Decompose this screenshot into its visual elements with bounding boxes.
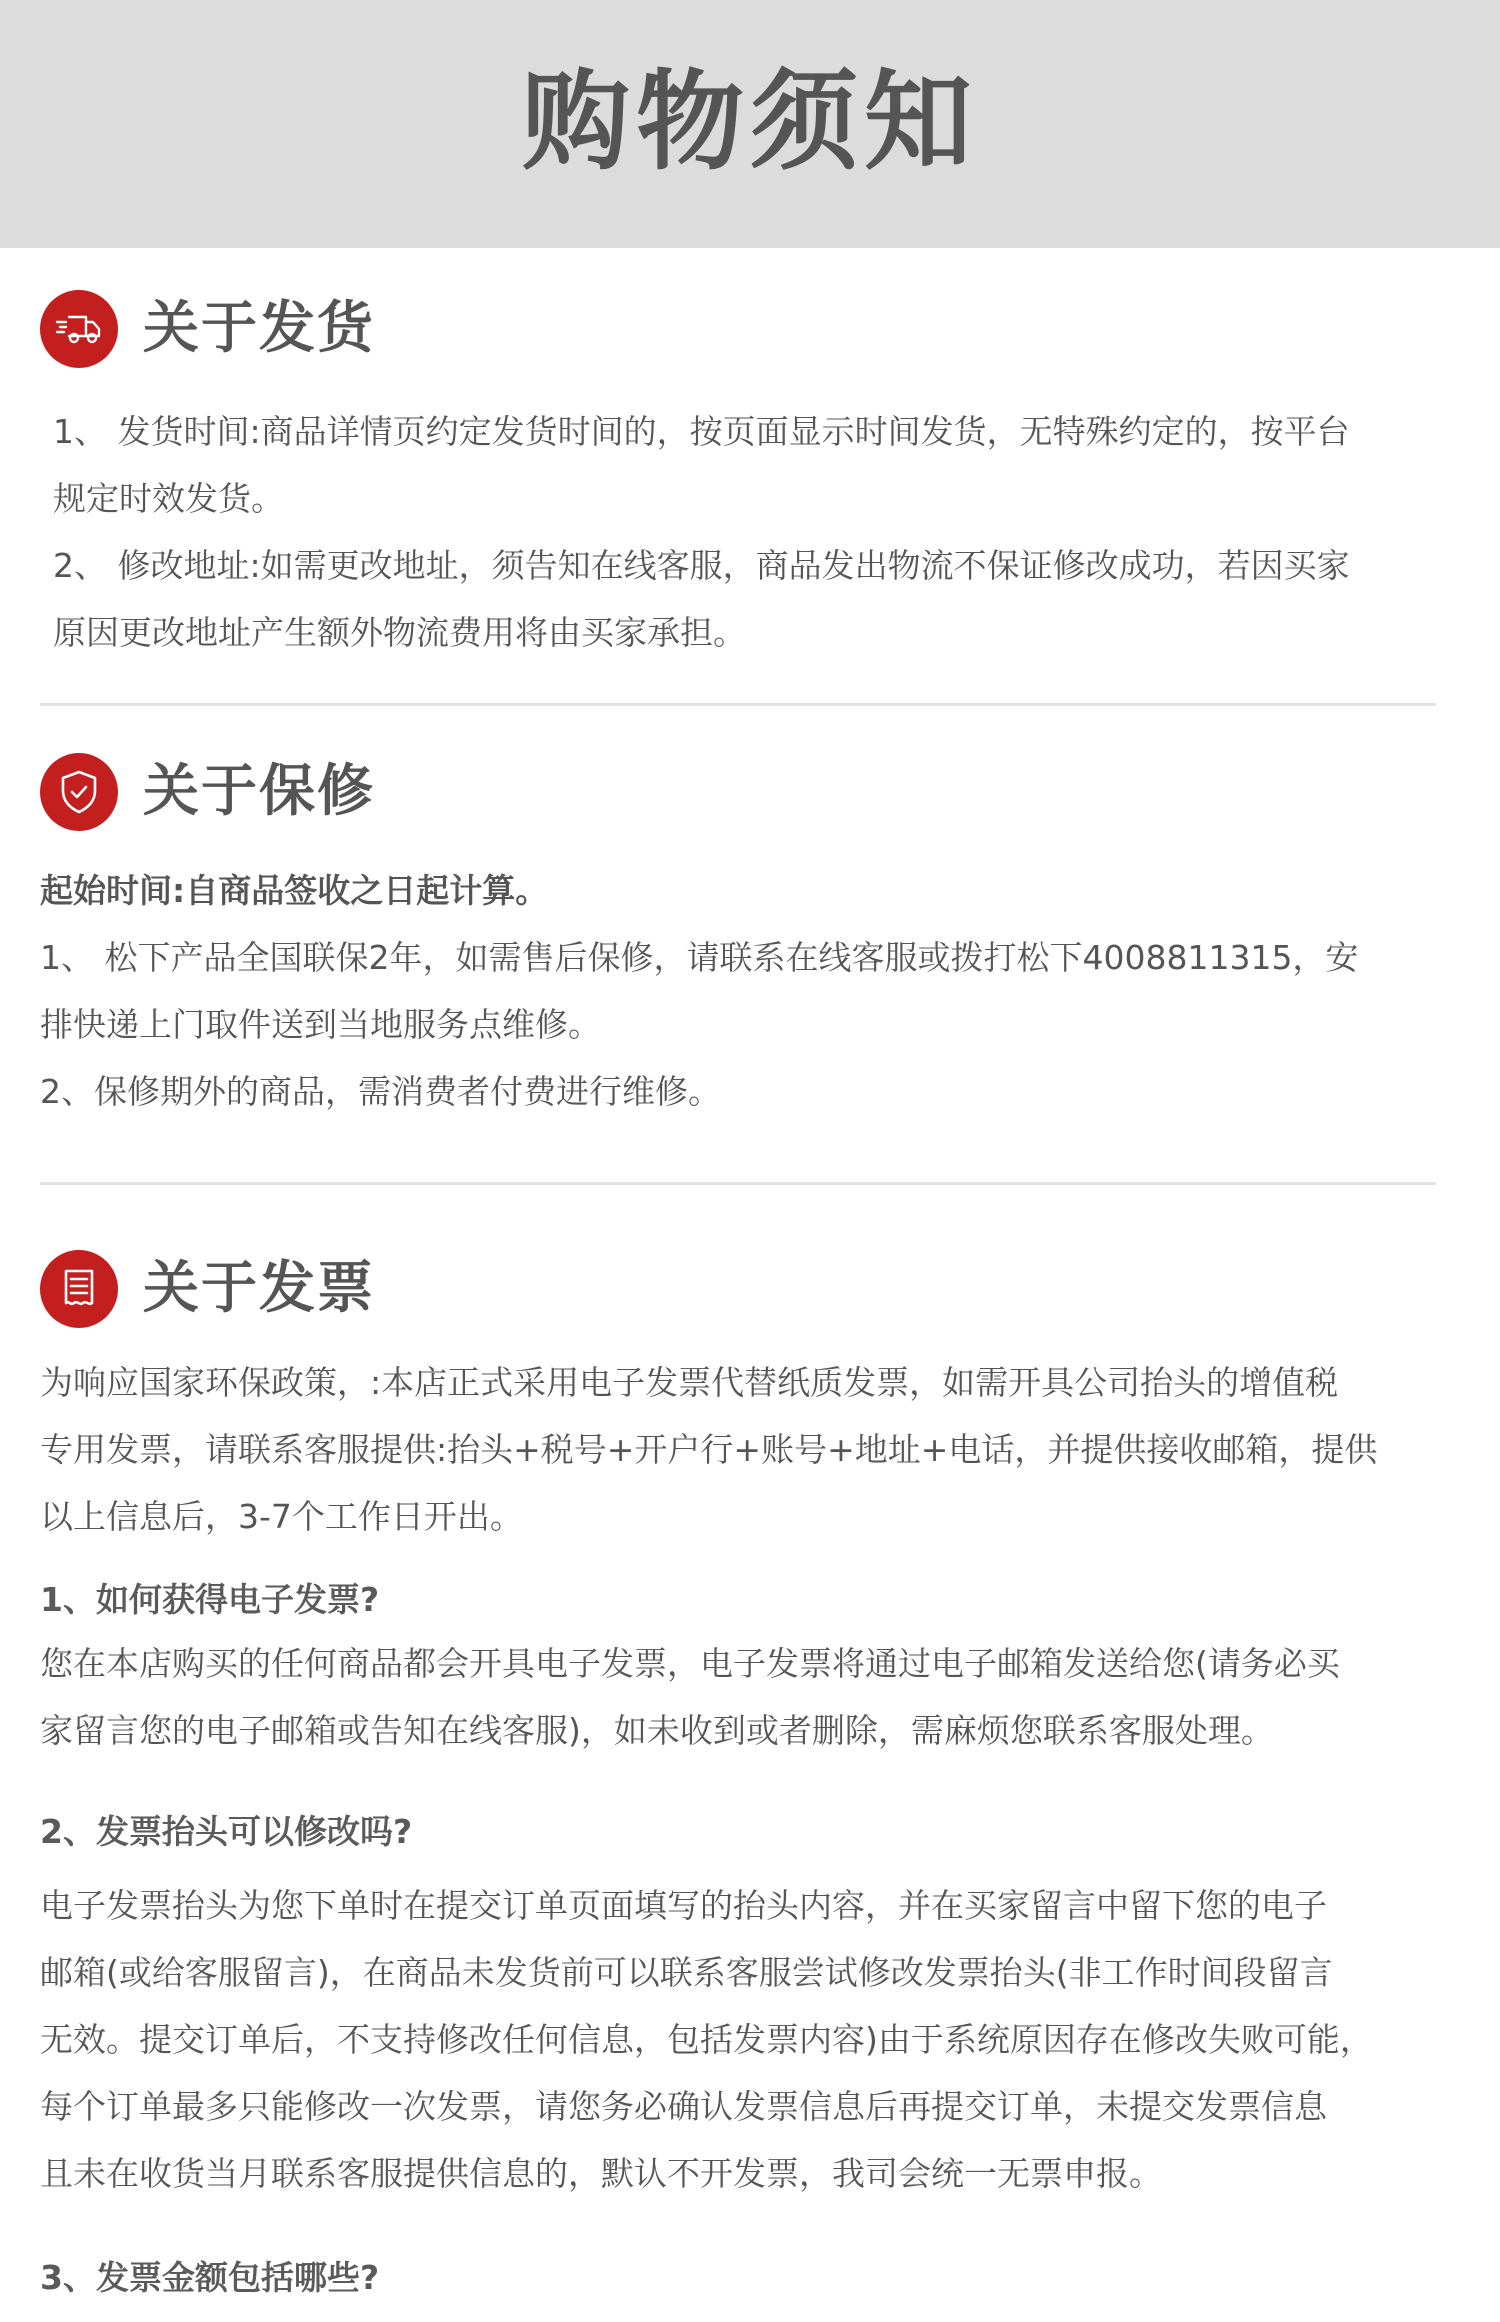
faq-answer-1-line-1: 您在本店购买的任何商品都会开具电子发票，电子发票将通过电子邮箱发送给您(请务必买 — [40, 1630, 1340, 1697]
shipping-line-1: 1、 发货时间:商品详情页约定发货时间的，按页面显示时间发货，无特殊约定的，按平… — [53, 398, 1350, 465]
shipping-line-2: 规定时效发货。 — [53, 465, 284, 532]
faq-question-1: 1、如何获得电子发票? — [40, 1566, 379, 1633]
warranty-line-1: 1、 松下产品全国联保2年，如需售后保修，请联系在线客服或拨打松下4008811… — [40, 924, 1358, 991]
faq-answer-2-line-4: 每个订单最多只能修改一次发票，请您务必确认发票信息后再提交订单，未提交发票信息 — [40, 2073, 1327, 2140]
faq-answer-2-line-5: 且未在收货当月联系客服提供信息的，默认不开发票，我司会统一无票申报。 — [40, 2140, 1162, 2207]
faq-answer-2-line-2: 邮箱(或给客服留言)，在商品未发货前可以联系客服尝试修改发票抬头(非工作时间段留… — [40, 1939, 1333, 2006]
faq-question-3: 3、发票金额包括哪些? — [40, 2244, 379, 2311]
shipping-line-4: 原因更改地址产生额外物流费用将由买家承担。 — [53, 599, 746, 666]
section-title-shipping: 关于发货 — [143, 294, 375, 364]
invoice-intro-2: 专用发票，请联系客服提供:抬头+税号+开户行+账号+地址+电话，并提供接收邮箱，… — [40, 1416, 1377, 1483]
faq-answer-2-line-1: 电子发票抬头为您下单时在提交订单页面填写的抬头内容，并在买家留言中留下您的电子 — [40, 1872, 1327, 1939]
faq-answer-1-line-2: 家留言您的电子邮箱或告知在线客服)，如未收到或者删除，需麻烦您联系客服处理。 — [40, 1697, 1274, 1764]
warranty-lead: 起始时间:自商品签收之日起计算。 — [40, 857, 548, 924]
section-divider — [40, 1182, 1436, 1185]
section-divider — [40, 703, 1436, 706]
section-title-invoice: 关于发票 — [143, 1254, 375, 1324]
shield-check-icon — [40, 753, 118, 831]
invoice-intro-3: 以上信息后，3-7个工作日开出。 — [40, 1483, 523, 1550]
section-title-warranty: 关于保修 — [143, 757, 375, 827]
warranty-line-2: 排快递上门取件送到当地服务点维修。 — [40, 991, 601, 1058]
page-title: 购物须知 — [0, 58, 1500, 188]
invoice-intro-1: 为响应国家环保政策，:本店正式采用电子发票代替纸质发票，如需开具公司抬头的增值税 — [40, 1349, 1338, 1416]
receipt-icon — [40, 1250, 118, 1328]
delivery-truck-icon — [40, 290, 118, 368]
faq-answer-2-line-3: 无效。提交订单后，不支持修改任何信息，包括发票内容)由于系统原因存在修改失败可能… — [40, 2006, 1373, 2073]
faq-question-2: 2、发票抬头可以修改吗? — [40, 1798, 412, 1865]
shipping-line-3: 2、 修改地址:如需更改地址，须告知在线客服，商品发出物流不保证修改成功，若因买… — [53, 532, 1350, 599]
warranty-line-3: 2、保修期外的商品，需消费者付费进行维修。 — [40, 1058, 721, 1125]
page-header: 购物须知 — [0, 0, 1500, 248]
